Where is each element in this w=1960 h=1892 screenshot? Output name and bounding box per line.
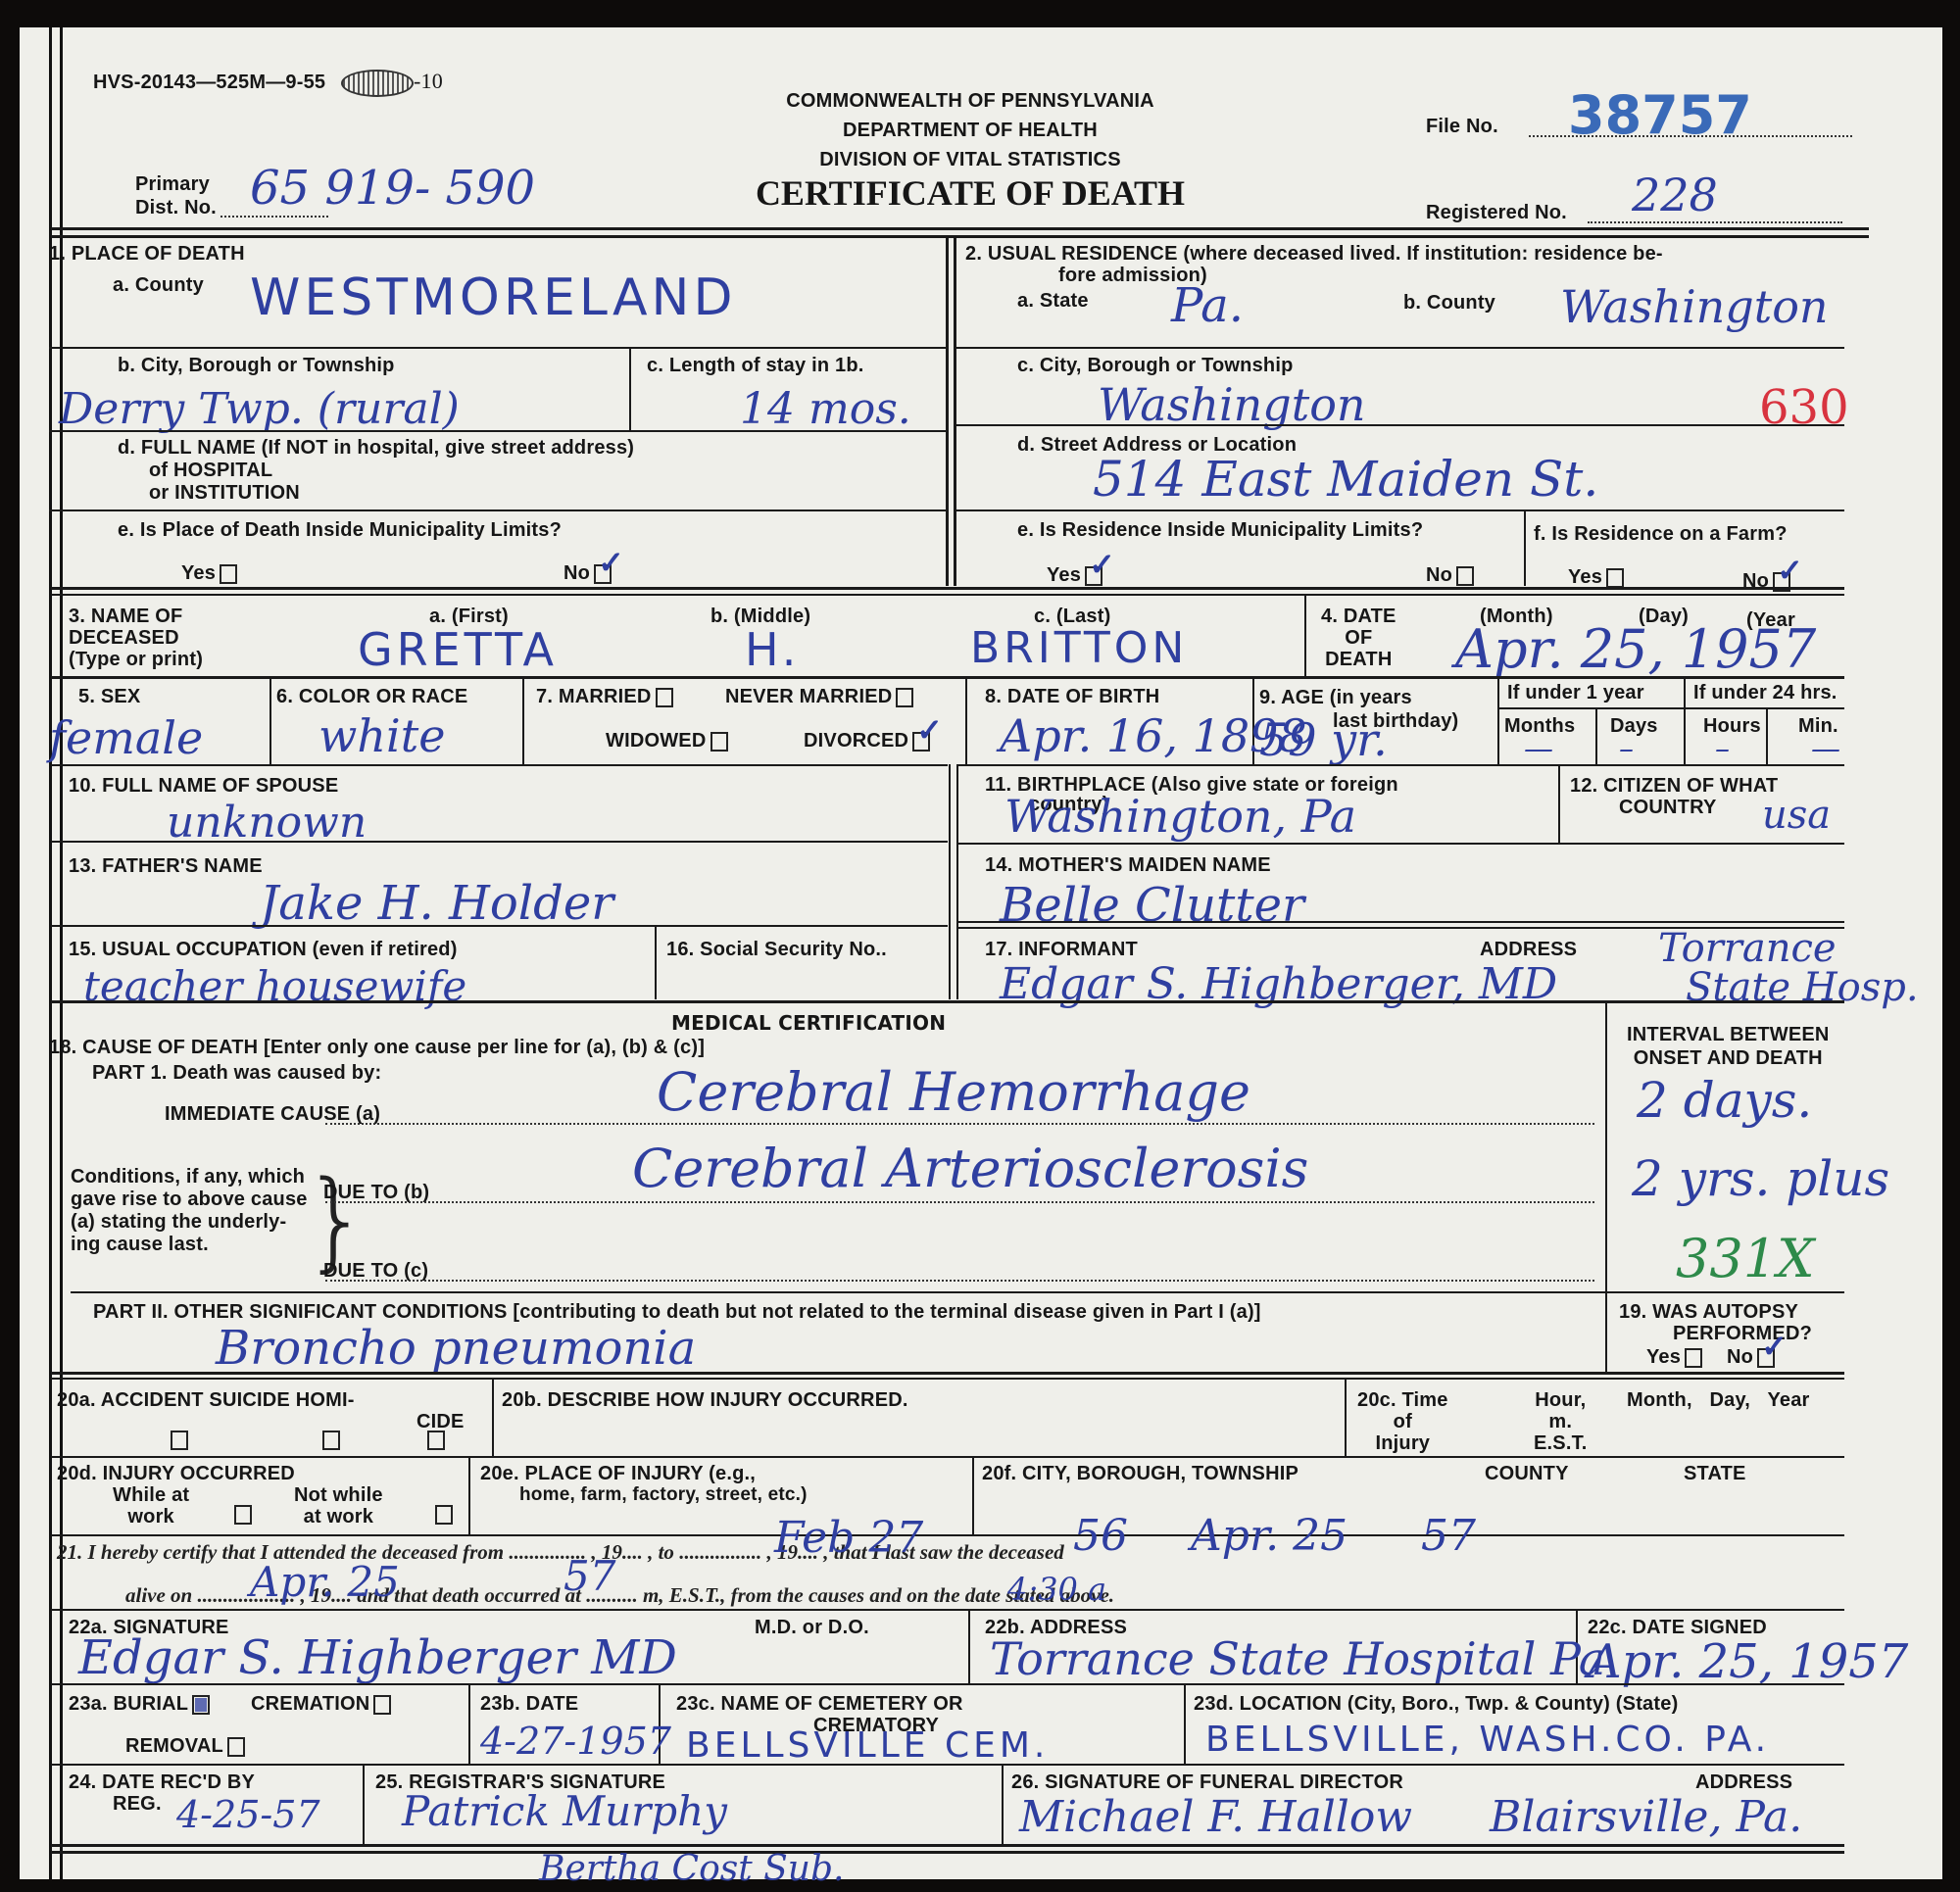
- injury-state-label: STATE: [1684, 1463, 1746, 1485]
- physician-signature[interactable]: Edgar S. Highberger MD: [78, 1634, 677, 1681]
- file-no-value: 38757: [1568, 84, 1752, 146]
- rule: [956, 424, 1844, 426]
- first-name-value[interactable]: GRETTA: [358, 627, 558, 672]
- rule: [51, 676, 1844, 679]
- hospital-label: d. FULL NAME (If NOT in hospital, give s…: [118, 437, 634, 505]
- dob-label: 8. DATE OF BIRTH: [985, 686, 1159, 708]
- rule: [956, 509, 1844, 511]
- burial-option[interactable]: 23a. BURIAL: [69, 1693, 210, 1716]
- primary-dist-value: 65 919- 590: [250, 165, 535, 212]
- date-of-death-value[interactable]: Apr. 25, 1957: [1455, 623, 1816, 676]
- registered-no-label: Registered No.: [1426, 202, 1567, 224]
- rule: [949, 764, 951, 999]
- rule: [51, 925, 948, 927]
- rule: [49, 430, 946, 432]
- informant-address-label: ADDRESS: [1480, 939, 1577, 961]
- rule: [325, 1280, 1594, 1282]
- spouse-label: 10. FULL NAME OF SPOUSE: [69, 775, 338, 798]
- occupation-label: 15. USUAL OCCUPATION (even if retired): [69, 939, 458, 961]
- rule: [956, 347, 1844, 349]
- min-value[interactable]: —: [1811, 735, 1840, 764]
- rule: [269, 678, 271, 764]
- funeral-address-value[interactable]: Blairsville, Pa.: [1490, 1796, 1802, 1839]
- checkbox-married[interactable]: [656, 688, 673, 707]
- injury-county-label: COUNTY: [1485, 1463, 1569, 1485]
- removal-option[interactable]: REMOVAL: [125, 1735, 245, 1758]
- informant-address-line1[interactable]: Torrance: [1658, 929, 1837, 968]
- cause-of-death-label: 18. CAUSE OF DEATH [Enter only one cause…: [49, 1037, 705, 1059]
- residence-inside-limits-no[interactable]: No: [1426, 564, 1474, 587]
- residence-county-label: b. County: [1403, 292, 1495, 315]
- race-value[interactable]: white: [318, 713, 445, 758]
- rule: [49, 509, 946, 511]
- agency-division: DIVISION OF VITAL STATISTICS: [706, 145, 1235, 174]
- rule: [71, 1291, 1844, 1293]
- checkbox-yes[interactable]: [1606, 568, 1624, 588]
- checkbox-while-at-work[interactable]: [234, 1505, 252, 1525]
- hours-label: Hours: [1703, 715, 1761, 738]
- funeral-director-value[interactable]: Michael F. Hallow: [1019, 1796, 1412, 1839]
- never-married-option[interactable]: NEVER MARRIED: [725, 686, 913, 708]
- rule: [51, 1372, 1844, 1375]
- rule: [51, 1683, 1844, 1685]
- checkbox-yes-checked[interactable]: [1085, 566, 1102, 586]
- burial-date-label: 23b. DATE: [480, 1693, 578, 1716]
- days-value[interactable]: –: [1619, 735, 1634, 764]
- agency-department: DEPARTMENT OF HEALTH: [706, 116, 1235, 145]
- checkbox-no-checked[interactable]: [1757, 1348, 1775, 1368]
- usual-residence-heading: 2. USUAL RESIDENCE (where deceased lived…: [965, 243, 1663, 286]
- rule: [51, 1764, 1844, 1766]
- married-option[interactable]: 7. MARRIED: [536, 686, 673, 708]
- rule: [956, 921, 1844, 923]
- birthplace-value[interactable]: Washington, Pa: [1004, 794, 1356, 839]
- part1-label: PART 1. Death was caused by:: [92, 1062, 381, 1085]
- injury-occurred-label: 20d. INJURY OCCURRED: [57, 1463, 295, 1485]
- rule: [1304, 596, 1306, 676]
- injury-type-label: 20a. ACCIDENT SUICIDE HOMI-: [57, 1389, 355, 1412]
- rule: [51, 1851, 1844, 1854]
- residence-city-value[interactable]: Washington: [1098, 382, 1366, 427]
- sex-label: 5. SEX: [78, 686, 140, 708]
- due-to-b-value[interactable]: Cerebral Arteriosclerosis: [632, 1142, 1308, 1195]
- rule: [51, 587, 1844, 590]
- rule: [51, 764, 948, 766]
- homicide-checkbox[interactable]: [423, 1431, 445, 1450]
- burial-date-value[interactable]: 4-27-1957: [480, 1722, 671, 1760]
- rule: [51, 1456, 1844, 1458]
- col-divider-1: [946, 238, 949, 586]
- age-value[interactable]: 59 yr.: [1259, 717, 1388, 762]
- conditions-text: Conditions, if any, which gave rise to a…: [71, 1166, 308, 1256]
- under-1-year-label: If under 1 year: [1507, 682, 1644, 704]
- interval-a-value[interactable]: 2 days.: [1637, 1076, 1812, 1125]
- funeral-address-label: ADDRESS: [1695, 1771, 1792, 1794]
- interval-label: INTERVAL BETWEEN ONSET AND DEATH: [1627, 1023, 1830, 1070]
- mother-label: 14. MOTHER'S MAIDEN NAME: [985, 854, 1271, 877]
- rule: [1524, 509, 1526, 586]
- month-day-year-label: Month, Day, Year: [1627, 1389, 1810, 1412]
- death-city-label: b. City, Borough or Township: [118, 355, 395, 377]
- death-time-value[interactable]: 4:30 a: [1007, 1574, 1106, 1605]
- divorced-option[interactable]: DIVORCED: [804, 730, 930, 752]
- death-county-value[interactable]: WESTMORELAND: [250, 272, 737, 323]
- rule: [492, 1378, 494, 1456]
- checkbox-never-married[interactable]: [896, 688, 913, 707]
- rule: [956, 764, 958, 999]
- checkbox-not-while-at-work[interactable]: [435, 1505, 453, 1525]
- checkbox-yes[interactable]: [220, 564, 237, 584]
- rule: [325, 1201, 1594, 1203]
- md-do-label: M.D. or D.O.: [755, 1617, 869, 1639]
- rule: [363, 1764, 365, 1844]
- rule: [468, 1683, 470, 1764]
- ssn-label: 16. Social Security No..: [666, 939, 887, 961]
- form-number: HVS-20143—525M—9-55 -10: [93, 69, 443, 97]
- rule: [51, 1534, 1844, 1536]
- rule: [1002, 1764, 1004, 1844]
- residence-inside-limits-label: e. Is Residence Inside Municipality Limi…: [1017, 519, 1423, 542]
- rule: [1497, 678, 1499, 764]
- header-rule-2: [51, 235, 1869, 238]
- rule: [965, 678, 967, 764]
- residence-county-value[interactable]: Washington: [1560, 284, 1829, 329]
- death-city-value[interactable]: Derry Twp. (rural): [59, 388, 460, 431]
- injury-city-label: 20f. CITY, BOROUGH, TOWNSHIP: [982, 1463, 1298, 1485]
- checkbox-homicide[interactable]: [427, 1431, 445, 1450]
- sex-value[interactable]: female: [49, 715, 203, 760]
- under-24-hrs-label: If under 24 hrs.: [1693, 682, 1837, 704]
- stay-length-value[interactable]: 14 mos.: [740, 388, 911, 431]
- months-value[interactable]: —: [1524, 735, 1553, 764]
- time-of-injury-label: 20c. Time of Injury: [1357, 1389, 1448, 1454]
- col-divider-2: [954, 238, 956, 586]
- rule: [1558, 764, 1560, 843]
- widowed-option[interactable]: WIDOWED: [606, 730, 728, 752]
- primary-dist-label: Primary Dist. No.: [135, 172, 217, 219]
- death-inside-limits-label: e. Is Place of Death Inside Municipality…: [118, 519, 562, 542]
- rule: [1595, 707, 1597, 764]
- location-value[interactable]: BELLSVILLE, WASH.CO. PA.: [1205, 1722, 1770, 1758]
- checkbox-removal[interactable]: [227, 1737, 245, 1757]
- residence-state-value[interactable]: Pa.: [1171, 282, 1244, 329]
- rule: [956, 764, 1844, 766]
- rule: [468, 1456, 470, 1534]
- place-of-injury-label: 20e. PLACE OF INJURY (e.g., home, farm, …: [480, 1463, 808, 1506]
- rule: [1184, 1683, 1186, 1764]
- not-while-at-work-label: Not while at work: [294, 1484, 383, 1528]
- autopsy-yes[interactable]: Yes: [1646, 1346, 1702, 1369]
- while-at-work-checkbox[interactable]: [230, 1505, 252, 1525]
- date-of-death-label: 4. DATE OF DEATH: [1321, 606, 1396, 670]
- checkbox-suicide[interactable]: [322, 1431, 340, 1450]
- rule: [956, 843, 1844, 845]
- registered-no-value: 228: [1632, 172, 1718, 218]
- deceased-name-label: 3. NAME OF DECEASED (Type or print): [69, 606, 203, 670]
- rule: [655, 925, 657, 999]
- interval-b-value[interactable]: 2 yrs. plus: [1632, 1154, 1889, 1203]
- rule: [1766, 707, 1768, 764]
- hour-label: Hour, m. E.S.T.: [1534, 1389, 1588, 1454]
- header-rule-1: [51, 227, 1869, 230]
- rule: [51, 1000, 1844, 1003]
- attended-from-value[interactable]: Feb 27: [774, 1517, 923, 1560]
- agency-block: COMMONWEALTH OF PENNSYLVANIA DEPARTMENT …: [706, 86, 1235, 174]
- checkbox-divorced-checked[interactable]: [912, 732, 930, 752]
- last-seen-year[interactable]: 57: [563, 1556, 615, 1597]
- primary-dist-line: [220, 216, 328, 218]
- autopsy-no[interactable]: No: [1727, 1346, 1775, 1369]
- residence-street-value[interactable]: 514 East Maiden St.: [1093, 455, 1598, 504]
- county-label: a. County: [113, 274, 204, 297]
- agency-commonwealth: COMMONWEALTH OF PENNSYLVANIA: [706, 86, 1235, 116]
- father-label: 13. FATHER'S NAME: [69, 855, 263, 878]
- checkbox-cremation[interactable]: [373, 1695, 391, 1715]
- last-seen-value[interactable]: Apr. 25: [250, 1562, 400, 1603]
- registrar-signature-value[interactable]: Patrick Murphy: [402, 1791, 727, 1832]
- residence-state-label: a. State: [1017, 290, 1089, 313]
- checkbox-accident[interactable]: [171, 1431, 188, 1450]
- suicide-checkbox[interactable]: [318, 1431, 340, 1450]
- rule: [325, 1123, 1594, 1125]
- rule: [51, 1844, 1844, 1847]
- date-received-value[interactable]: 4-25-57: [176, 1796, 320, 1833]
- last-name-value[interactable]: BRITTON: [970, 627, 1188, 670]
- checkbox-widowed[interactable]: [710, 732, 728, 752]
- cremation-option[interactable]: CREMATION: [251, 1693, 391, 1716]
- hours-value[interactable]: –: [1715, 735, 1730, 764]
- while-at-work-label: While at work: [113, 1484, 189, 1528]
- medical-certification-heading: MEDICAL CERTIFICATION: [671, 1012, 946, 1035]
- residence-farm-label: f. Is Residence on a Farm?: [1534, 523, 1788, 546]
- registered-no-line: [1588, 221, 1842, 223]
- checkbox-no-checked[interactable]: [594, 564, 612, 584]
- date-signed-value[interactable]: Apr. 25, 1957: [1588, 1638, 1908, 1685]
- describe-injury-label: 20b. DESCRIBE HOW INJURY OCCURRED.: [502, 1389, 908, 1412]
- left-margin-rule: [49, 27, 63, 1879]
- union-label-seal-icon: [341, 70, 414, 97]
- death-inside-limits-yes[interactable]: Yes: [181, 562, 237, 585]
- citizen-value[interactable]: usa: [1762, 796, 1831, 835]
- certificate-title: CERTIFICATE OF DEATH: [706, 172, 1235, 214]
- rule: [629, 347, 631, 431]
- rule: [522, 678, 524, 764]
- days-label: Days: [1610, 715, 1658, 738]
- citizen-label: 12. CITIZEN OF WHAT COUNTRY: [1570, 775, 1778, 818]
- attended-to-value[interactable]: Apr. 25: [1191, 1515, 1347, 1558]
- accident-checkbox[interactable]: [167, 1431, 188, 1450]
- part2-value[interactable]: Broncho pneumonia: [216, 1325, 696, 1372]
- attended-from-year[interactable]: 56: [1073, 1515, 1128, 1558]
- death-inside-limits-no[interactable]: No: [563, 562, 612, 585]
- informant-label: 17. INFORMANT: [985, 939, 1138, 961]
- stay-length-label: c. Length of stay in 1b.: [647, 355, 864, 377]
- checkbox-burial-checked[interactable]: [192, 1695, 210, 1715]
- immediate-cause-value[interactable]: Cerebral Hemorrhage: [657, 1066, 1250, 1119]
- place-of-death-heading: 1. PLACE OF DEATH: [49, 243, 245, 266]
- physician-address-value[interactable]: Torrance State Hospital Pa: [990, 1636, 1605, 1681]
- rule: [972, 1456, 974, 1534]
- rule: [1684, 678, 1686, 764]
- father-value[interactable]: Jake H. Holder: [260, 880, 613, 927]
- residence-farm-yes[interactable]: Yes: [1568, 566, 1624, 589]
- rule: [1605, 1002, 1607, 1375]
- rule: [968, 1609, 970, 1683]
- death-certificate: HVS-20143—525M—9-55 -10 COMMONWEALTH OF …: [20, 27, 1942, 1879]
- rule: [1497, 707, 1844, 709]
- middle-name-value[interactable]: H.: [745, 627, 800, 672]
- rule: [51, 594, 1844, 596]
- rule: [1345, 1378, 1347, 1456]
- spouse-value[interactable]: unknown: [167, 801, 367, 845]
- residence-city-label: c. City, Borough or Township: [1017, 355, 1294, 377]
- checkbox-yes[interactable]: [1685, 1348, 1702, 1368]
- rule: [51, 841, 948, 843]
- substitute-signature[interactable]: Bertha Cost Sub.: [539, 1852, 844, 1887]
- funeral-director-label: 26. SIGNATURE OF FUNERAL DIRECTOR: [1011, 1771, 1403, 1794]
- rule: [51, 1378, 1844, 1380]
- file-no-label: File No.: [1426, 116, 1498, 138]
- attended-to-year[interactable]: 57: [1421, 1515, 1476, 1558]
- coding-number-green: 331X: [1676, 1233, 1815, 1286]
- not-while-at-work-checkbox[interactable]: [431, 1505, 453, 1525]
- checkbox-no[interactable]: [1456, 566, 1474, 586]
- location-label: 23d. LOCATION (City, Boro., Twp. & Count…: [1194, 1693, 1678, 1716]
- rule: [49, 347, 946, 349]
- race-label: 6. COLOR OR RACE: [276, 686, 467, 708]
- cemetery-value[interactable]: BELLSVILLE CEM.: [686, 1728, 1049, 1764]
- residence-inside-limits-yes[interactable]: Yes: [1047, 564, 1102, 587]
